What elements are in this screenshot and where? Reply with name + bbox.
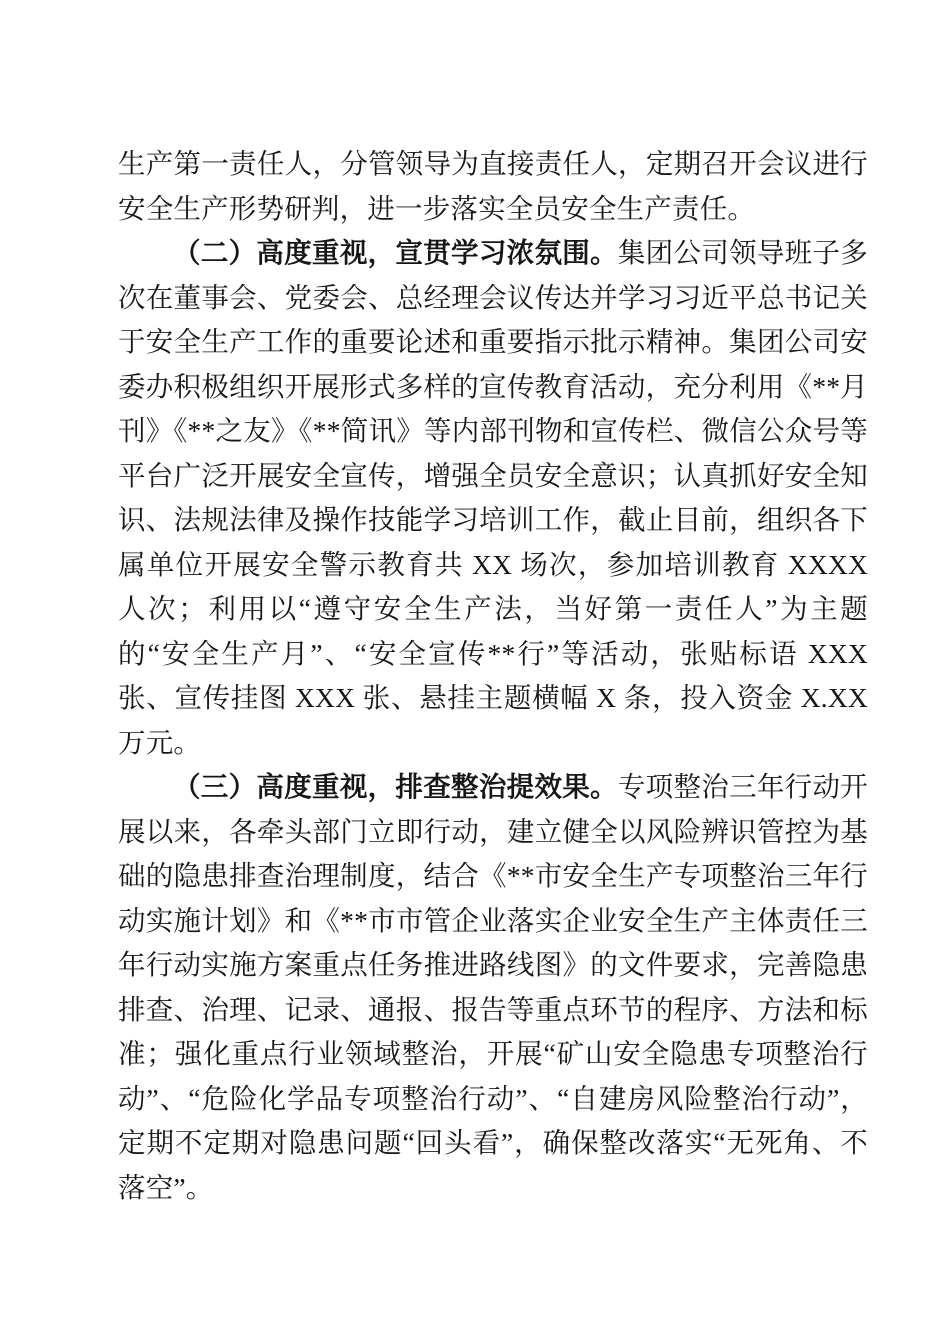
text-run: 专项整治三年行动开展以来，各牵头部门立即行动，建立健全以风险辨识管控为基础的隐患… xyxy=(118,771,868,1203)
paragraph: （二）高度重视，宣贯学习浓氛围。集团公司领导班子多次在董事会、党委会、总经理会议… xyxy=(118,231,868,765)
heading-run: （二）高度重视，宣贯学习浓氛围。 xyxy=(173,237,618,268)
paragraph: 生产第一责任人，分管领导为直接责任人，定期召开会议进行安全生产形势研判，进一步落… xyxy=(118,142,868,231)
text-run: 集团公司领导班子多次在董事会、党委会、总经理会议传达并学习习近平总书记关于安全生… xyxy=(118,237,868,758)
text-run: 生产第一责任人，分管领导为直接责任人，定期召开会议进行安全生产形势研判，进一步落… xyxy=(118,148,868,224)
heading-run: （三）高度重视，排查整治提效果。 xyxy=(173,771,618,802)
paragraph: （三）高度重视，排查整治提效果。专项整治三年行动开展以来，各牵头部门立即行动，建… xyxy=(118,765,868,1210)
document-body: 生产第一责任人，分管领导为直接责任人，定期召开会议进行安全生产形势研判，进一步落… xyxy=(118,142,868,1210)
document-page: 生产第一责任人，分管领导为直接责任人，定期召开会议进行安全生产形势研判，进一步落… xyxy=(0,0,950,1344)
